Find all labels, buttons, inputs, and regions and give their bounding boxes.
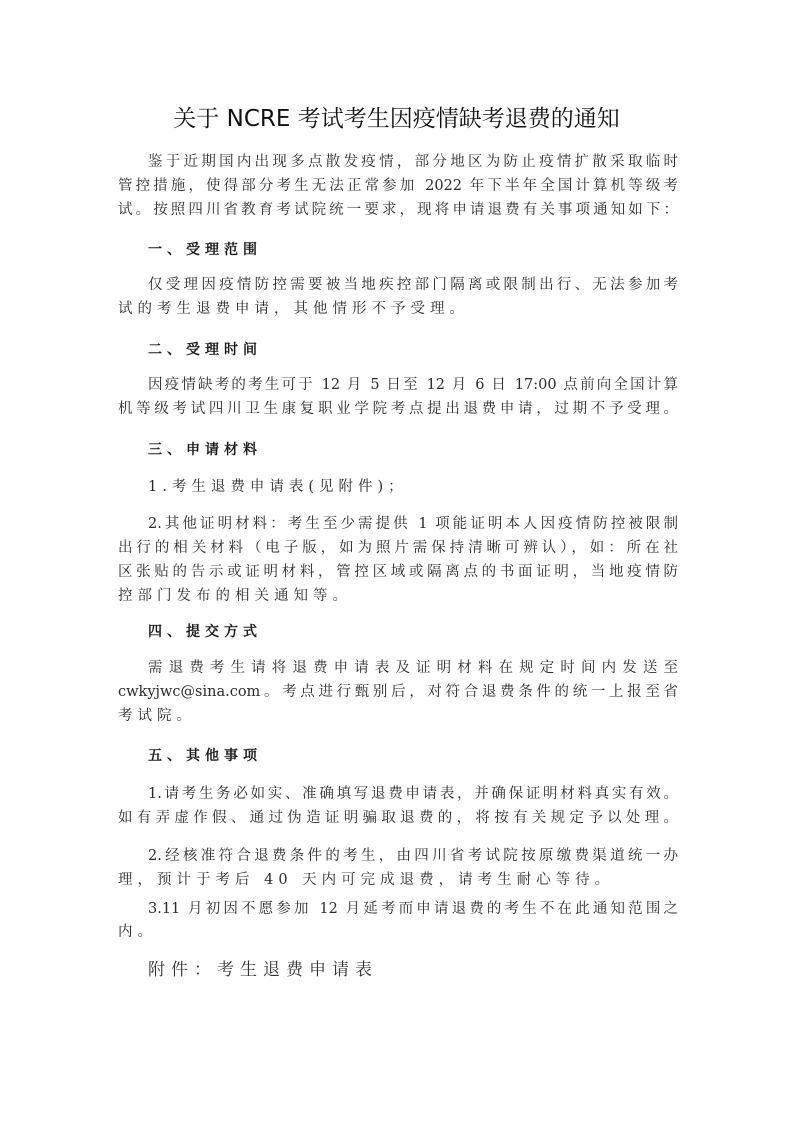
intro-line-1: 鉴于近期国内出现多点散发疫情，部分地区为防止疫情扩散采取临时 [148,151,678,173]
scope-line-1: 仅受理因疫情防控需要被当地疾控部门隔离或限制出行、无法参加考 [148,274,678,296]
other-item-1-line-2: 如有弄虚作假、通过伪造证明骗取退费的，将按有关规定予以处理。 [118,807,678,829]
section-heading-time: 二、受理时间 [148,339,262,361]
other-item-3-line-1: 3.11 月初因不愿参加 12 月延考而申请退费的考生不在此通知范围之 [148,898,678,920]
materials-item-2-line-2: 出行的相关材料（电子版，如为照片需保持清晰可辨认），如：所在社 [118,537,678,559]
materials-item-1: 1.考生退费申请表(见附件)； [148,476,678,498]
intro-line-3: 试。按照四川省教育考试院统一要求，现将申请退费有关事项通知如下： [118,199,678,221]
submission-line-1: 需退费考生请将退费申请表及证明材料在规定时间内发送至 [148,657,678,679]
time-line-2: 机等级考试四川卫生康复职业学院考点提出退费申请，过期不予受理。 [118,398,678,420]
scope-line-2: 试的考生退费申请，其他情形不予受理。 [118,298,678,320]
section-heading-materials: 三、申请材料 [148,439,262,461]
other-item-1-line-1: 1.请考生务必如实、准确填写退费申请表，并确保证明材料真实有效。 [148,783,678,805]
materials-item-2-line-4: 控部门发布的相关通知等。 [118,585,678,607]
other-item-3-line-2: 内。 [118,921,678,943]
section-heading-submission: 四、提交方式 [148,621,262,643]
other-item-2-line-2: 理，预计于考后 40 天内可完成退费，请考生耐心等待。 [118,869,678,891]
document-title: 关于 NCRE 考试考生因疫情缺考退费的通知 [0,104,793,134]
submission-line-2: cwkyjwc@sina.com。考点进行甄别后，对符合退费条件的统一上报至省 [118,681,678,703]
attachment-note: 附件：考生退费申请表 [148,957,378,983]
time-line-1: 因疫情缺考的考生可于 12 月 5 日至 12 月 6 日 17:00 点前向全… [148,374,678,396]
other-item-2-line-1: 2.经核准符合退费条件的考生，由四川省考试院按原缴费渠道统一办 [148,845,678,867]
materials-item-2-line-3: 区张贴的告示或证明材料，管控区域或隔离点的书面证明，当地疫情防 [118,561,678,583]
intro-line-2: 管控措施，使得部分考生无法正常参加 2022 年下半年全国计算机等级考 [118,175,678,197]
materials-item-2-line-1: 2.其他证明材料：考生至少需提供 1 项能证明本人因疫情防控被限制 [148,513,678,535]
submission-line-3: 考试院。 [118,705,678,727]
section-heading-scope: 一、受理范围 [148,239,262,261]
section-heading-other: 五、其他事项 [148,745,262,767]
